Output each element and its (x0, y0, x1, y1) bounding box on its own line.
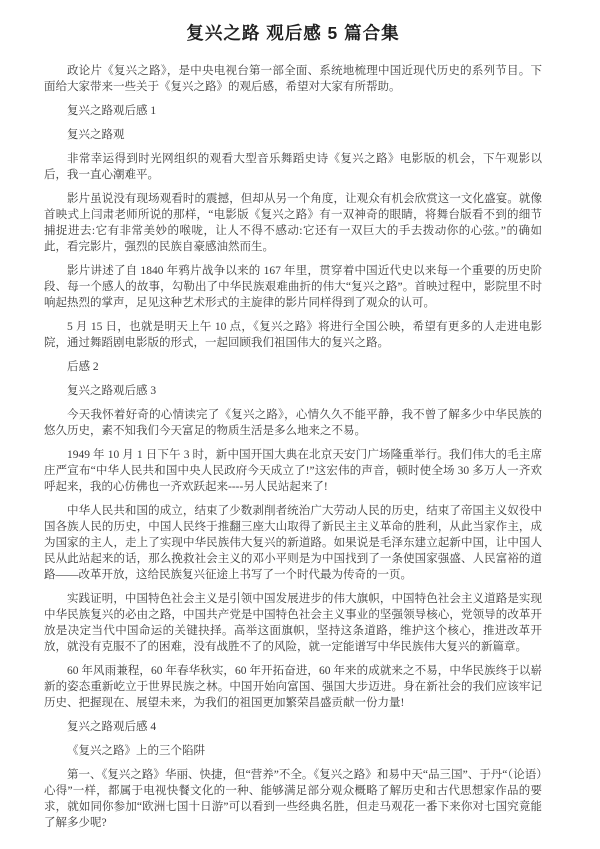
section-label-review-3: 复兴之路观后感 3 (44, 383, 542, 399)
review-1-paragraph-4: 5 月 15 日，也就是明天上午 10 点，《复兴之路》将进行全国公映，希望有更… (44, 319, 542, 351)
document-page: 复兴之路 观后感 5 篇合集 政论片《复兴之路》，是中央电视台第一部全面、系统地… (0, 0, 600, 849)
review-3-paragraph-3: 中华人民共和国的成立，结束了少数剥削者统治广大劳动人民的历史，结束了帝国主义奴役… (44, 503, 542, 583)
review-3-paragraph-2: 1949 年 10 月 1 日下午 3 时，新中国开国大典在北京天安门广场隆重举… (44, 447, 542, 495)
document-body: 政论片《复兴之路》，是中央电视台第一部全面、系统地梳理中国近现代历史的系列节目。… (44, 63, 542, 831)
intro-paragraph: 政论片《复兴之路》，是中央电视台第一部全面、系统地梳理中国近现代历史的系列节目。… (44, 63, 542, 95)
section-label-review-1: 复兴之路观后感 1 (44, 103, 542, 119)
review-1-paragraph-2: 影片虽说没有现场观看时的震撼，但却从另一个角度，让观众有机会欣赏这一文化盛宴。就… (44, 191, 542, 255)
section-subtitle-review-1: 复兴之路观 (44, 127, 542, 143)
review-4-paragraph-1: 第一、《复兴之路》华丽、快捷，但“营养”不全。《复兴之路》和易中天“品三国”、于… (44, 767, 542, 831)
review-1-paragraph-3: 影片讲述了自 1840 年鸦片战争以来的 167 年里，贯穿着中国近代史以来每一… (44, 263, 542, 311)
section-label-review-2: 后感 2 (44, 359, 542, 375)
review-1-paragraph-1: 非常幸运得到时光网组织的观看大型音乐舞蹈史诗《复兴之路》电影版的机会，下午观影以… (44, 151, 542, 183)
section-subtitle-review-4: 《复兴之路》上的三个陷阱 (44, 743, 542, 759)
review-3-paragraph-1: 今天我怀着好奇的心情读完了《复兴之路》，心情久久不能平静，我不曾了解多少中华民族… (44, 407, 542, 439)
document-title: 复兴之路 观后感 5 篇合集 (44, 20, 542, 45)
review-3-paragraph-5: 60 年风雨兼程，60 年春华秋实，60 年开拓奋进，60 年来的成就来之不易，… (44, 663, 542, 711)
section-label-review-4: 复兴之路观后感 4 (44, 719, 542, 735)
review-3-paragraph-4: 实践证明，中国特色社会主义是引领中国发展进步的伟大旗帜，中国特色社会主义道路是实… (44, 591, 542, 655)
